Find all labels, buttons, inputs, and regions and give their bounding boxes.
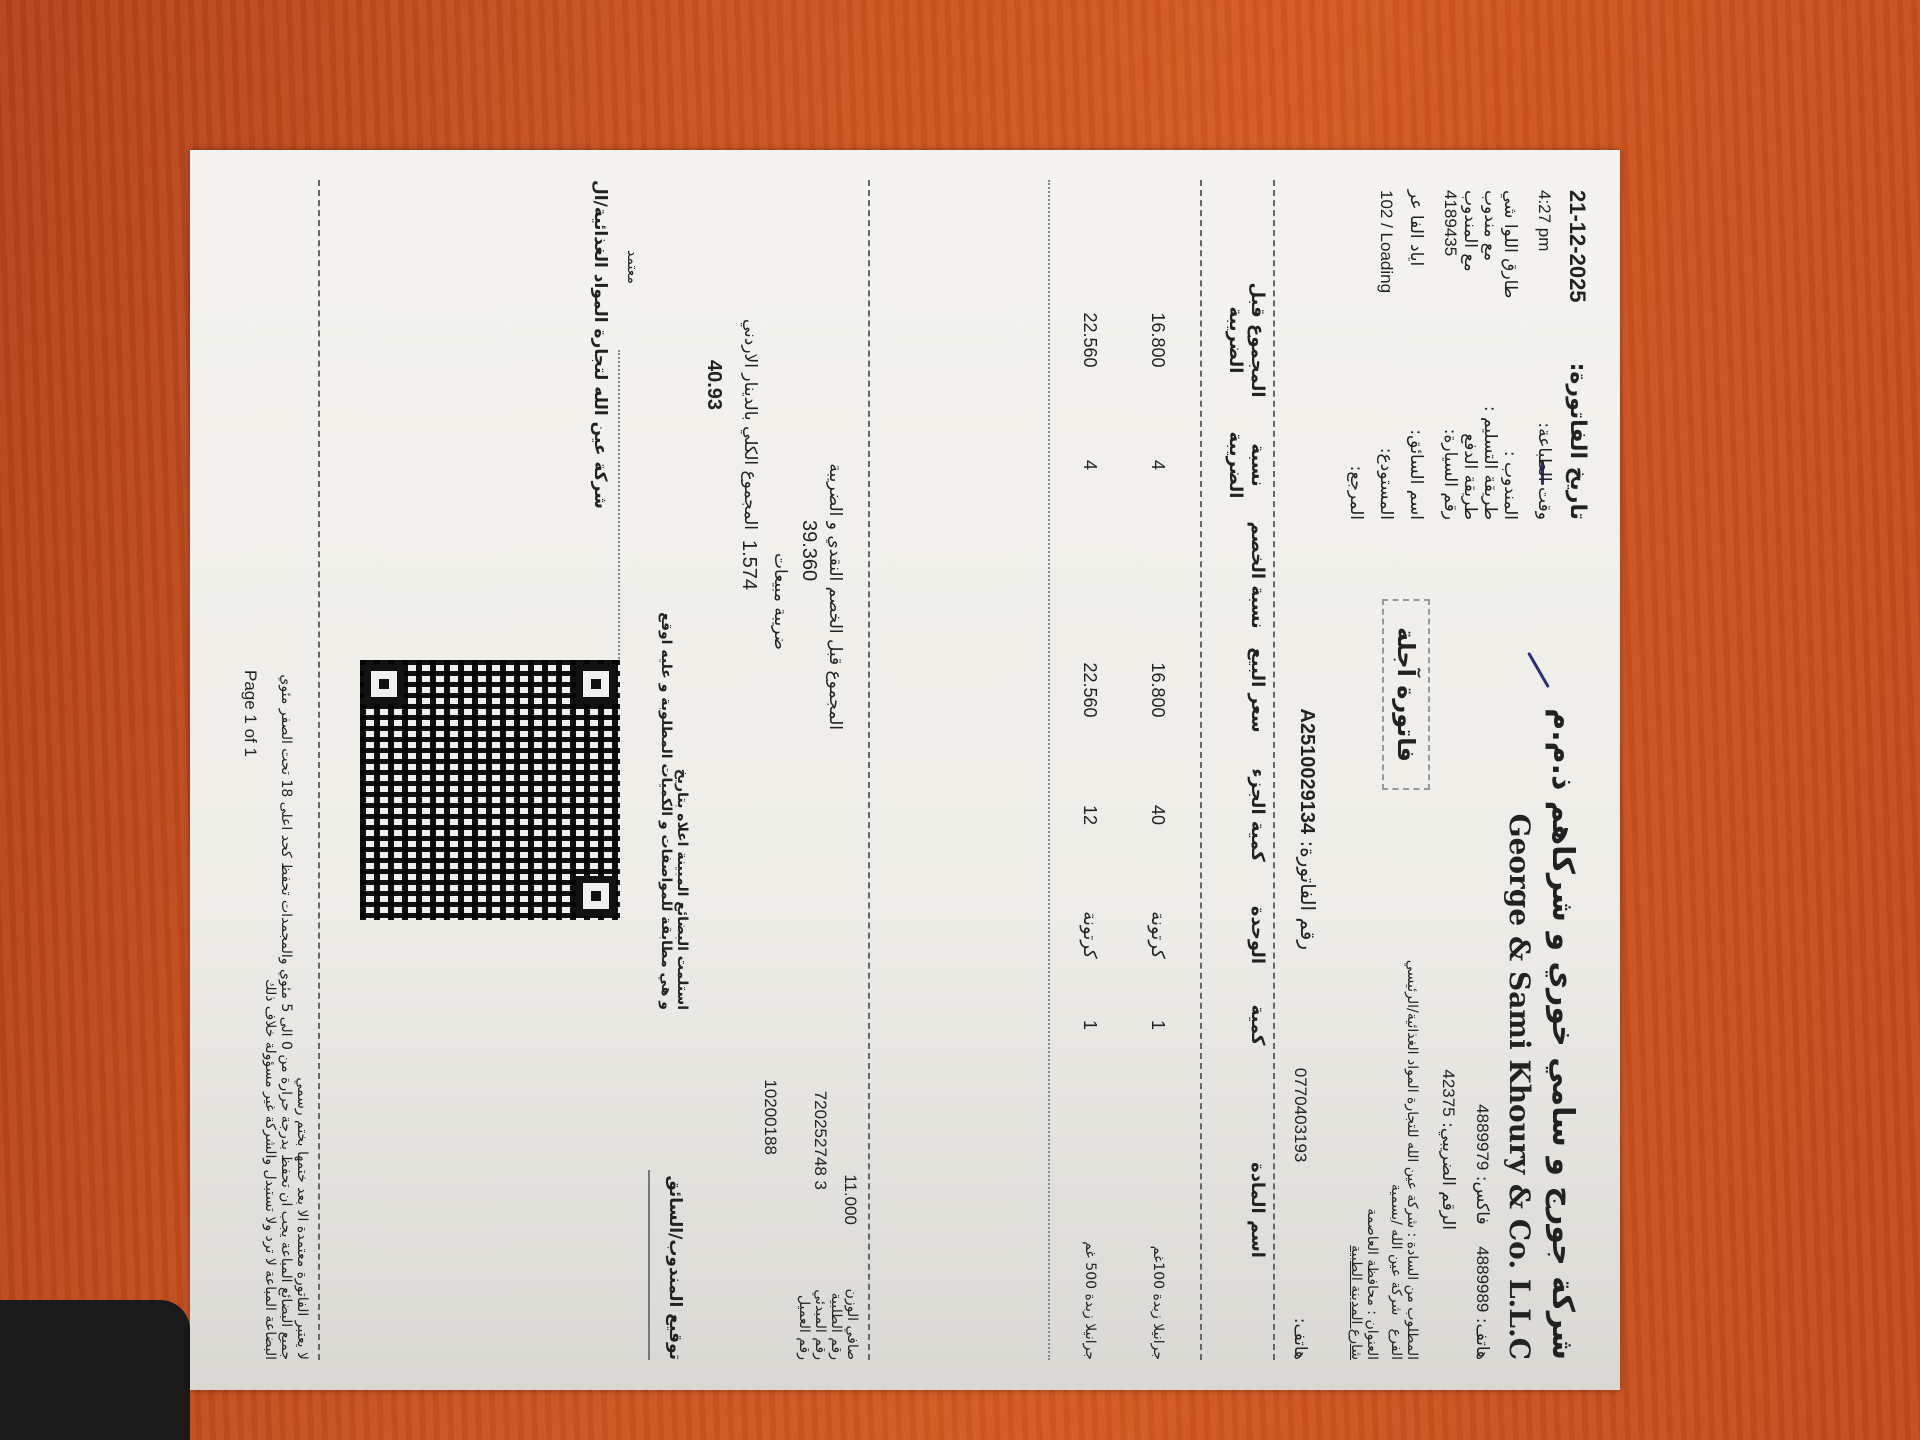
column-header: المجموع قبل الضريبة: [1208, 270, 1268, 410]
table-header: اسم المادةكميةالوحدةكمية الجزءسعر البيعن…: [1208, 180, 1268, 1360]
table-body: جرانيلا زبدة 100غم1كرتونة4016.800416.800…: [1056, 180, 1192, 1360]
column-header: سعر البيع: [1208, 630, 1268, 750]
column-header: كمية: [1208, 990, 1268, 1060]
attn-label: معتمد: [624, 250, 640, 284]
invoice-meta: تاريخ الفاتورة:21-12-2025 وقت الطباعة:4:…: [1346, 190, 1590, 520]
cell-unit-qty: 40: [1148, 750, 1169, 880]
column-header: نسبة الضريبة: [1208, 410, 1268, 520]
tax-number: الرقم الضريبي: 42375: [1438, 1069, 1458, 1230]
cell-price: 16.800: [1148, 630, 1169, 750]
invoice-type-badge: فاتورة آجلة: [1382, 599, 1430, 790]
cell-price: 22.560: [1080, 630, 1101, 750]
table-row: جرانيلا زبدة 100غم1كرتونة4016.800416.800: [1124, 180, 1192, 1360]
invoice-number: رقم الفاتورة: A2510029134: [1295, 708, 1320, 950]
salesman-signature-label: توقيع المندوب/السائق: [665, 1176, 685, 1360]
salesman-signature-line: [648, 1170, 650, 1360]
company-name-ar: شركة جورج و سامي خوري و شركاهم ذ.م.م: [1545, 708, 1580, 1360]
cell-tax-rate: 4: [1080, 410, 1101, 520]
cell-subtotal: 22.560: [1080, 270, 1101, 410]
page-number: Page 1 of 1: [240, 670, 260, 757]
cell-qty: 1: [1148, 990, 1169, 1060]
pen-mark: [1527, 652, 1550, 688]
company-name-en: George & Sami Khoury & Co. L.L.C: [1503, 814, 1536, 1360]
net-weight: 11.000: [840, 1174, 860, 1225]
customer-mobile: هاتف: 0770403193: [1290, 1068, 1310, 1360]
customer-number: 10200188: [760, 1079, 780, 1155]
column-header: الوحدة: [1208, 880, 1268, 990]
table-top-rule: [1273, 180, 1275, 1360]
sales-tax-label: ضريبة مبيعات: [770, 553, 790, 650]
grand-total-label: المجموع الكلي بالدينار الاردني: [740, 319, 760, 530]
weights-labels: صافي الوزن رقم الطلبية رقم المبدئي رقم ا…: [796, 1240, 860, 1360]
company-phone: هاتف: 4889989 فاكس: 4889979: [1472, 1104, 1492, 1360]
cell-tax-rate: 4: [1148, 410, 1169, 520]
cell-unit: كرتونة: [1080, 880, 1101, 990]
cell-item: جرانيلا زبدة 500 غم: [1082, 1060, 1098, 1360]
cell-item: جرانيلا زبدة 100غم: [1150, 1060, 1166, 1360]
dark-object-corner: [0, 1300, 190, 1440]
cell-subtotal: 16.800: [1148, 270, 1169, 410]
customer-block: المطلوب من السادة : شركة عين الله للتجار…: [1348, 840, 1420, 1360]
totals-rule: [868, 180, 870, 1360]
cell-unit: كرتونة: [1148, 880, 1169, 990]
column-header: نسبة الخصم: [1208, 520, 1268, 630]
table-header-rule: [1200, 180, 1202, 1360]
subtotal-value: 39.360: [797, 520, 820, 581]
invoice-paper: شركة جورج و سامي خوري و شركاهم ذ.م.م Geo…: [190, 150, 1620, 1390]
cell-unit-qty: 12: [1080, 750, 1101, 880]
customer-company-sign: شركة عين الله لتجارة المواد الغذائية/ال: [590, 180, 610, 509]
order-number: 720252748 3: [810, 1091, 830, 1190]
footer-notes: لا يعتبر الفاتورة معتمدة الا بعد ختمها ب…: [262, 180, 310, 1360]
cell-qty: 1: [1080, 990, 1101, 1060]
receipt-photo: شركة جورج و سامي خوري و شركاهم ذ.م.م Geo…: [190, 150, 1620, 1390]
column-header: اسم المادة: [1208, 1060, 1268, 1360]
table-end-rule: [1048, 180, 1050, 1360]
subtotal-label: المجموع قبل الخصم النقدي و الضريبة: [825, 463, 845, 730]
received-text: استلمت البضائع المبينة اعلاه بتاريخ و هي…: [658, 612, 690, 1010]
table-row: جرانيلا زبدة 500 غم1كرتونة1222.560422.56…: [1056, 180, 1124, 1360]
sales-tax-value: 1.574: [737, 540, 760, 590]
column-header: كمية الجزء: [1208, 750, 1268, 880]
footer-rule: [318, 180, 320, 1360]
qr-code: [360, 660, 620, 920]
grand-total-value: 40.93: [702, 360, 725, 410]
